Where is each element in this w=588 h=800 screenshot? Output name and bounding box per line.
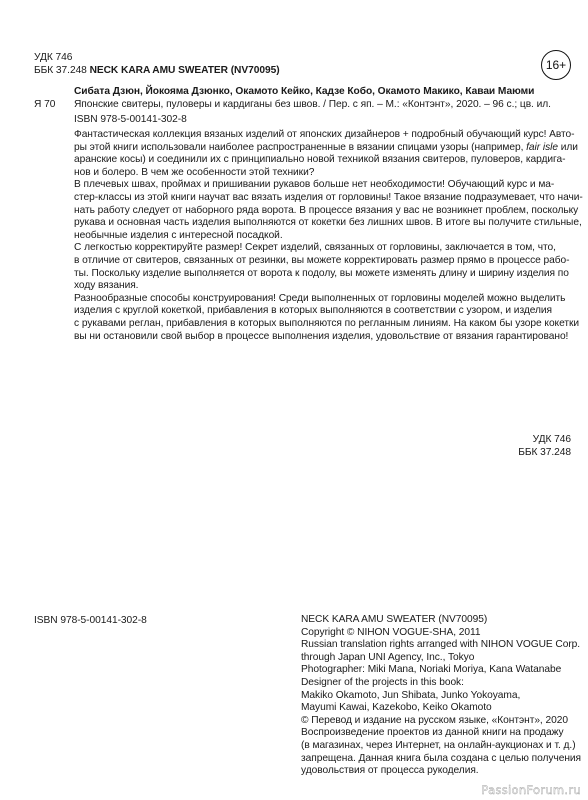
imprint-line: Designer of the projects in this book: bbox=[301, 677, 581, 690]
authors: Сибата Дзюн, Йокояма Дзюнко, Окамото Кей… bbox=[74, 86, 534, 99]
imprint-line: Mayumi Kawai, Kazekobo, Keiko Okamoto bbox=[301, 702, 581, 715]
imprint-line: Copyright © NIHON VOGUE-SHA, 2011 bbox=[301, 627, 581, 640]
imprint-line: удовольствия от процесса рукоделия. bbox=[301, 765, 581, 778]
imprint: NECK KARA AMU SWEATER (NV70095) Copyrigh… bbox=[301, 614, 581, 778]
annotation-line: нов и болеро. В чем же особенности этой … bbox=[74, 167, 583, 180]
annotation-line: рукава и основная часть изделия выполняю… bbox=[74, 217, 583, 230]
annotation-line: В плечевых швах, проймах и пришивании ру… bbox=[74, 179, 583, 192]
age-rating-badge: 16+ bbox=[541, 50, 571, 80]
age-rating-text: 16+ bbox=[546, 58, 566, 72]
classification-block-top: УДК 746 ББК 37.248 NECK KARA AMU SWEATER… bbox=[34, 52, 280, 77]
annotation-line: вы ни остановили свой выбор в процессе в… bbox=[74, 331, 583, 344]
classification-block-right: УДК 746 ББК 37.248 bbox=[518, 434, 571, 459]
watermark: PassionForum.ru bbox=[481, 783, 581, 797]
annotation-line: Фантастическая коллекция вязаных изделий… bbox=[74, 129, 583, 142]
annotation-text: ры этой книги использовали наиболее расп… bbox=[74, 142, 526, 153]
annotation-line: ры этой книги использовали наиболее расп… bbox=[74, 142, 583, 155]
author-index-code: Я 70 bbox=[34, 99, 55, 112]
imprint-line: Воспроизведение проектов из данной книги… bbox=[301, 727, 581, 740]
annotation-line: Разнообразные способы конструирования! С… bbox=[74, 293, 583, 306]
annotation-line: необычные изделия с интересной посадкой. bbox=[74, 230, 583, 243]
annotation-line: ходу вязания. bbox=[74, 280, 583, 293]
annotation-line: с рукавами реглан, прибавления в которых… bbox=[74, 318, 583, 331]
udk-code-right: УДК 746 bbox=[518, 434, 571, 447]
annotation-line: в отличие от свитеров, связанных от рези… bbox=[74, 255, 583, 268]
annotation-line: аранские косы) и соединили их с принципи… bbox=[74, 154, 583, 167]
annotation-line: ты. Поскольку изделие выполняется от вор… bbox=[74, 268, 583, 281]
italic-term: fair isle bbox=[526, 142, 558, 153]
annotation-line: стер-классы из этой книги научат вас вяз… bbox=[74, 192, 583, 205]
isbn-bottom: ISBN 978-5-00141-302-8 bbox=[34, 615, 147, 628]
bbk-line: ББК 37.248 NECK KARA AMU SWEATER (NV7009… bbox=[34, 65, 280, 78]
imprint-line: (в магазинах, через Интернет, на онлайн-… bbox=[301, 740, 581, 753]
bbk-code: ББК 37.248 bbox=[34, 65, 87, 76]
imprint-line: Photographer: Miki Mana, Noriaki Moriya,… bbox=[301, 664, 581, 677]
imprint-line: NECK KARA AMU SWEATER (NV70095) bbox=[301, 614, 581, 627]
imprint-line: Russian translation rights arranged with… bbox=[301, 639, 581, 652]
isbn-top: ISBN 978-5-00141-302-8 bbox=[74, 114, 187, 127]
imprint-line: Makiko Okamoto, Jun Shibata, Junko Yokoy… bbox=[301, 690, 581, 703]
udk-code: УДК 746 bbox=[34, 52, 280, 65]
annotation: Фантастическая коллекция вязаных изделий… bbox=[74, 129, 583, 343]
bbk-code-right: ББК 37.248 bbox=[518, 447, 571, 460]
bibliographic-description: Японские свитеры, пуловеры и кардиганы б… bbox=[74, 99, 551, 112]
annotation-text: или bbox=[558, 142, 578, 153]
annotation-line: С легкостью корректируйте размер! Секрет… bbox=[74, 242, 583, 255]
imprint-line: запрещена. Данная книга была создана с ц… bbox=[301, 753, 581, 766]
imprint-line: through Japan UNI Agency, Inc., Tokyo bbox=[301, 652, 581, 665]
annotation-line: изделия с круглой кокеткой, прибавления … bbox=[74, 305, 583, 318]
original-title: NECK KARA AMU SWEATER (NV70095) bbox=[90, 65, 280, 76]
annotation-line: нать работу следует от наборного ряда во… bbox=[74, 205, 583, 218]
imprint-line: © Перевод и издание на русском языке, «К… bbox=[301, 715, 581, 728]
